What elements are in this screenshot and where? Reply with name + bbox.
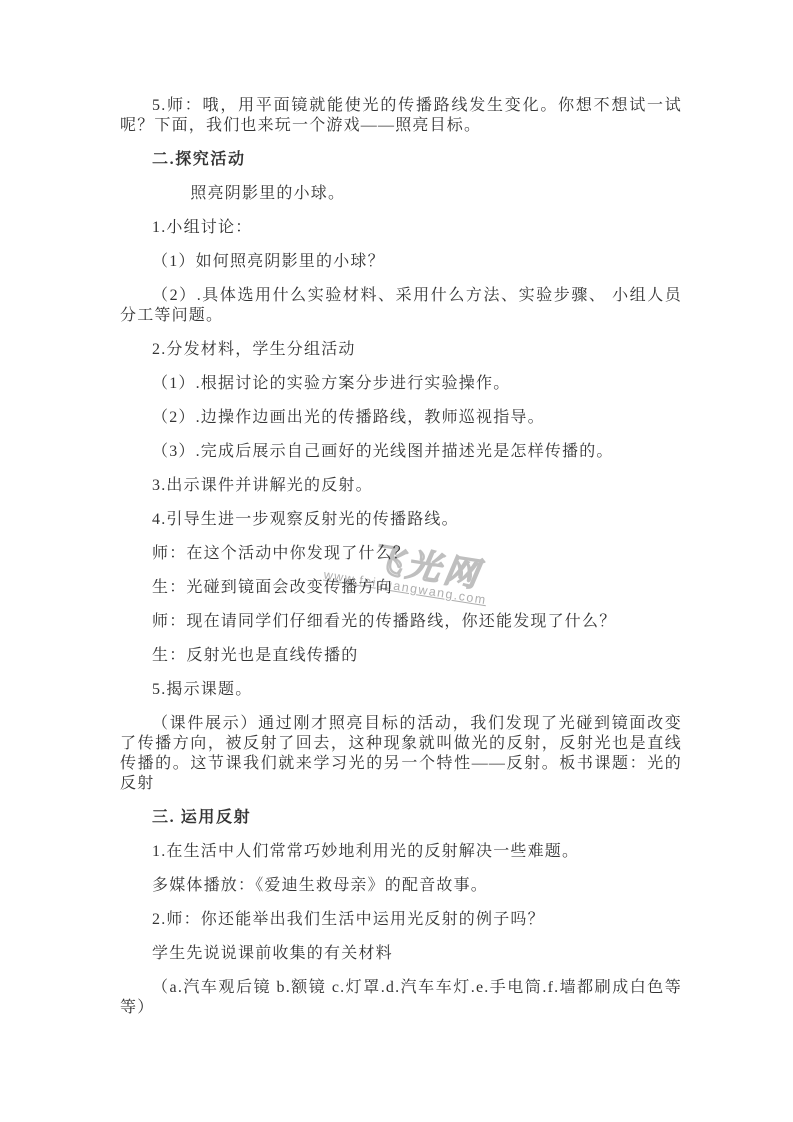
paragraph: （3）.完成后展示自己画好的光线图并描述光是怎样传播的。 [120, 442, 682, 462]
paragraph: （1）如何照亮阴影里的小球？ [120, 252, 682, 272]
document-content: 5.师：哦，用平面镜就能使光的传播路线发生变化。你想不想试一试呢？下面，我们也来… [120, 96, 682, 1032]
section-heading: 二.探究活动 [120, 150, 682, 170]
paragraph: 学生先说说课前收集的有关材料 [120, 944, 682, 964]
paragraph: 4.引导生进一步观察反射光的传播路线。 [120, 510, 682, 530]
paragraph: 2.分发材料，学生分组活动 [120, 340, 682, 360]
paragraph: 照亮阴影里的小球。 [120, 184, 682, 204]
paragraph: 5.揭示课题。 [120, 680, 682, 700]
paragraph: （2）.边操作边画出光的传播路线，教师巡视指导。 [120, 408, 682, 428]
paragraph: 3.出示课件并讲解光的反射。 [120, 476, 682, 496]
paragraph: 1.小组讨论： [120, 218, 682, 238]
document-page: 飞光网 www.feiguangwang.com 5.师：哦，用平面镜就能使光的… [0, 0, 793, 1122]
paragraph: 生：光碰到镜面会改变传播方向 [120, 578, 682, 598]
paragraph: （课件展示）通过刚才照亮目标的活动，我们发现了光碰到镜面改变了传播方向，被反射了… [120, 714, 682, 794]
paragraph: 生：反射光也是直线传播的 [120, 646, 682, 666]
paragraph: 师：现在请同学们仔细看光的传播路线，你还能发现了什么？ [120, 612, 682, 632]
paragraph: 2.师：你还能举出我们生活中运用光反射的例子吗？ [120, 910, 682, 930]
paragraph: （2）.具体选用什么实验材料、采用什么方法、实验步骤、 小组人员分工等问题。 [120, 286, 682, 326]
paragraph: 5.师：哦，用平面镜就能使光的传播路线发生变化。你想不想试一试呢？下面，我们也来… [120, 96, 682, 136]
paragraph: 师：在这个活动中你发现了什么？ [120, 544, 682, 564]
paragraph: 多媒体播放：《爱迪生救母亲》的配音故事。 [120, 876, 682, 896]
paragraph: （1）.根据讨论的实验方案分步进行实验操作。 [120, 374, 682, 394]
section-heading: 三. 运用反射 [120, 808, 682, 828]
paragraph: 1.在生活中人们常常巧妙地利用光的反射解决一些难题。 [120, 842, 682, 862]
paragraph: （a.汽车观后镜 b.额镜 c.灯罩.d.汽车车灯.e.手电筒.f.墙都刷成白色… [120, 978, 682, 1018]
